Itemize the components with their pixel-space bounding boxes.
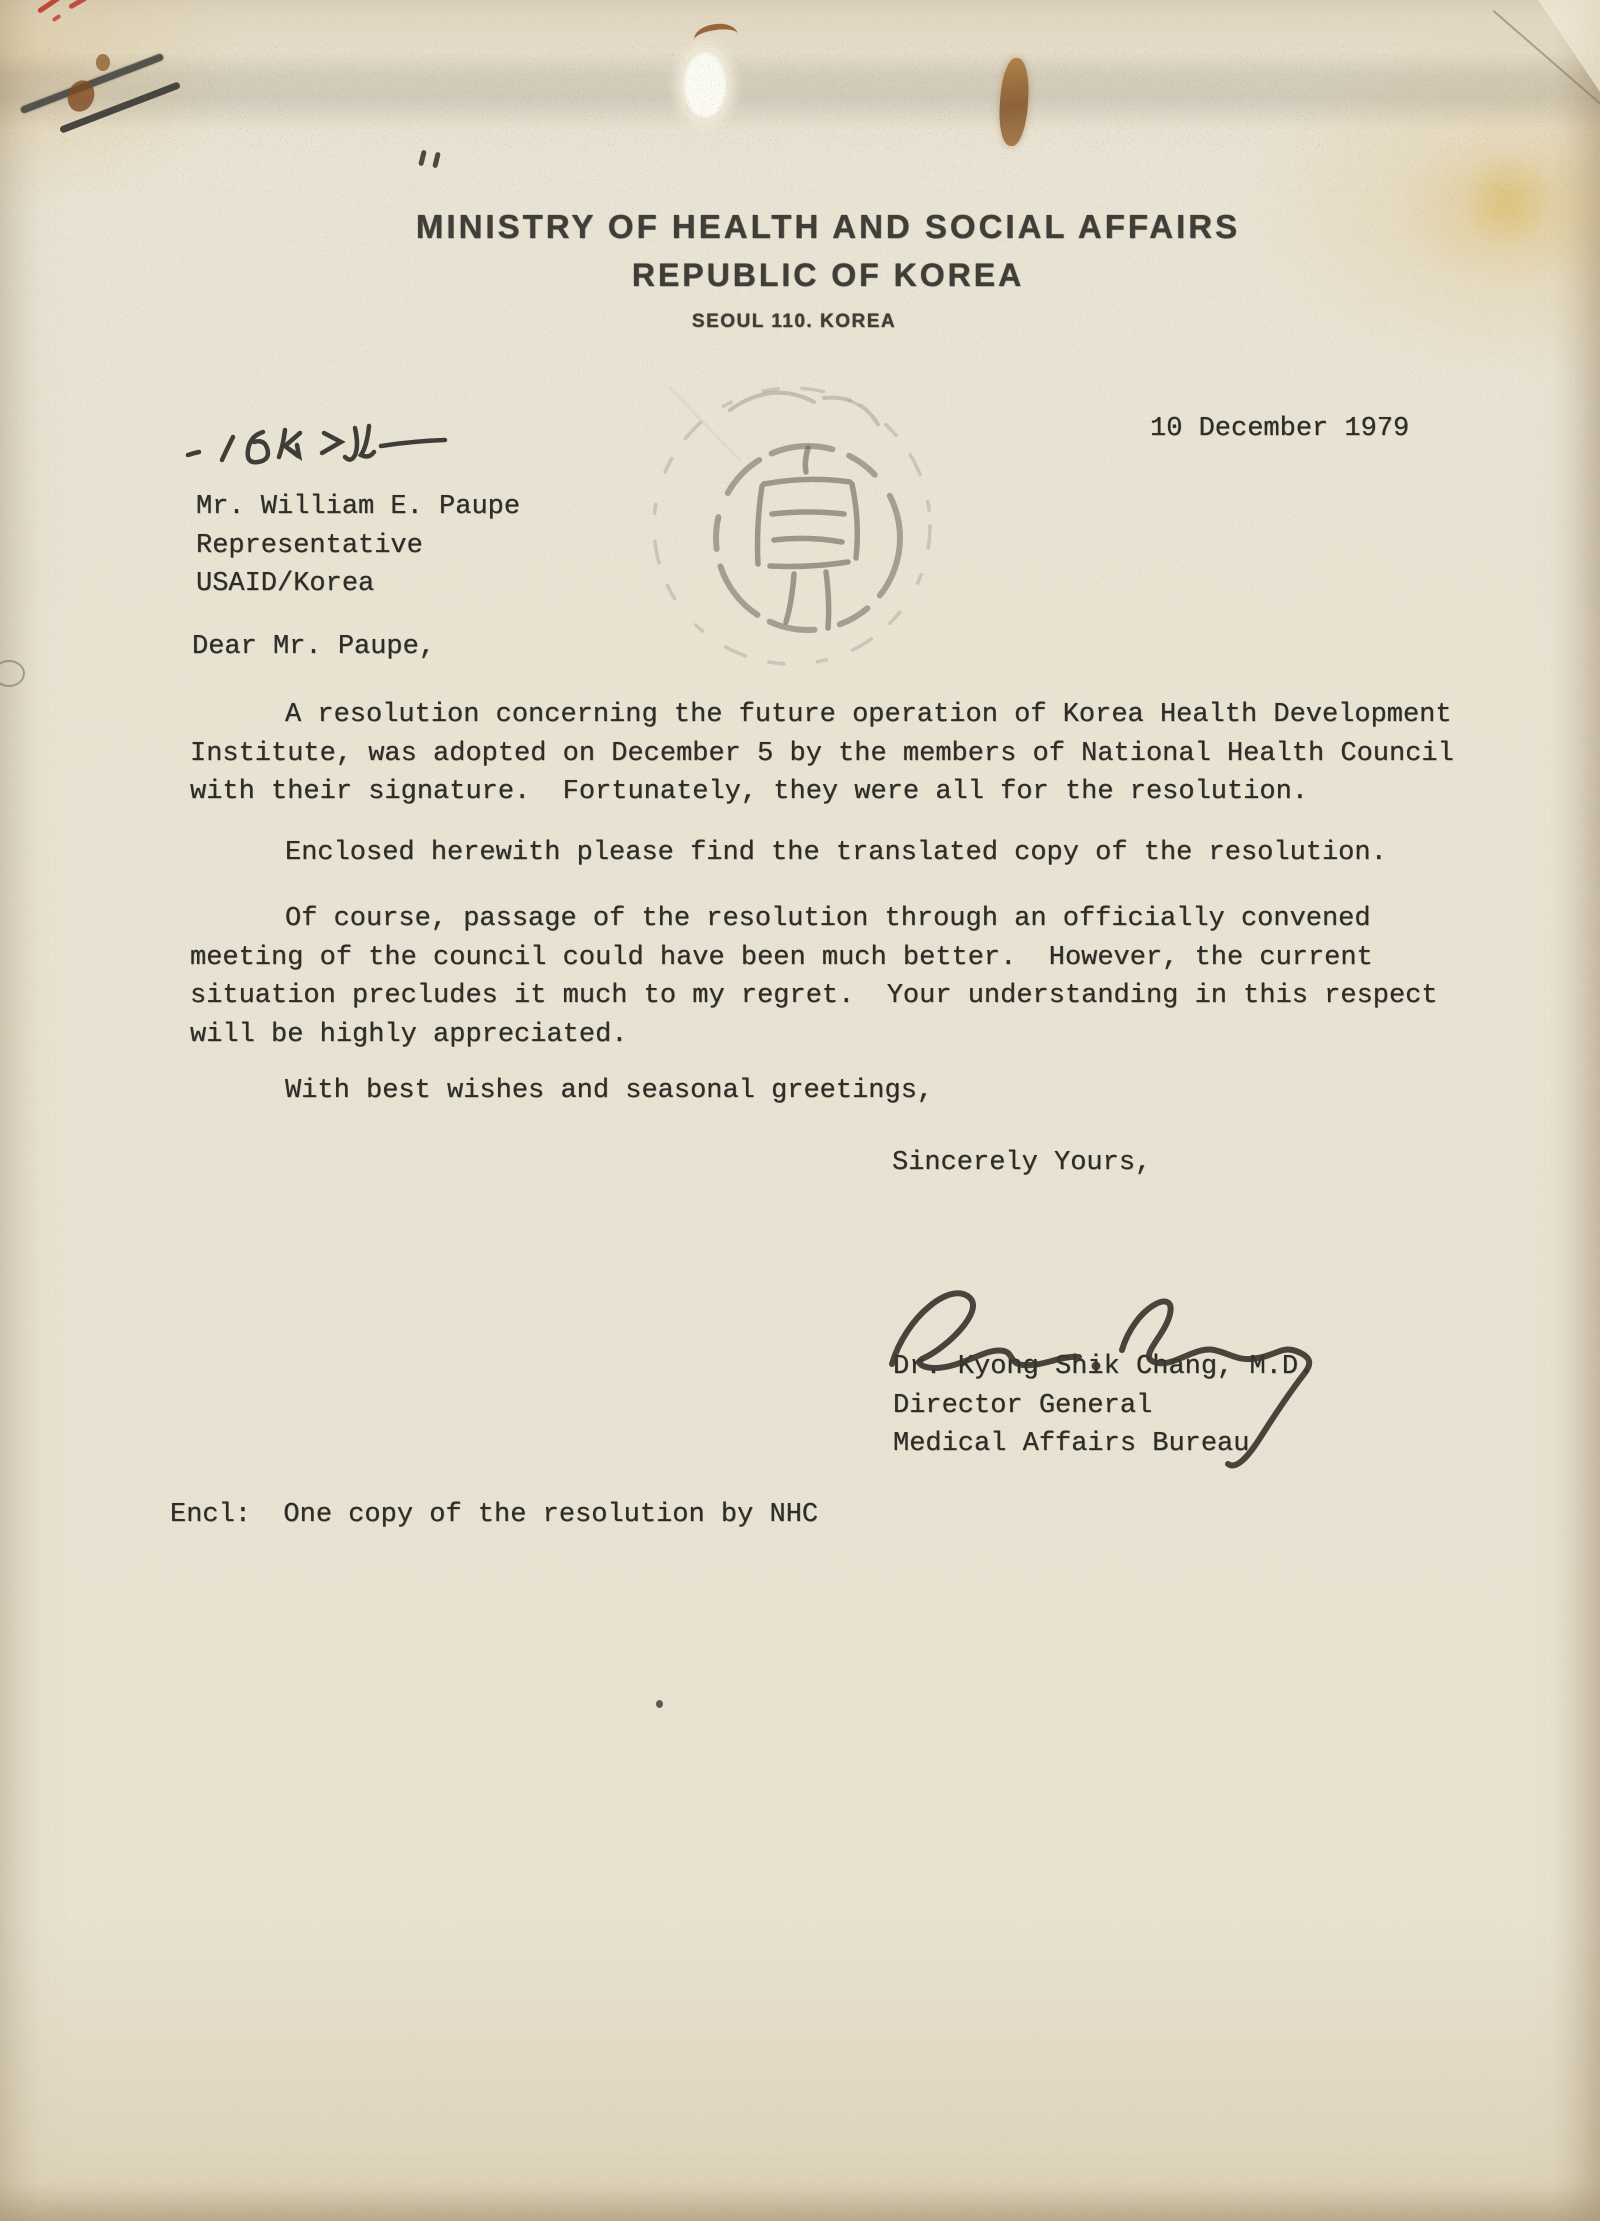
ink-speck — [656, 1700, 663, 1708]
letterhead-line3: SEOUL 110. KOREA — [0, 311, 1594, 333]
salutation: Dear Mr. Paupe, — [192, 628, 435, 667]
letter-line: meeting of the council could have been m… — [190, 939, 1438, 978]
recipient-title: Representative — [196, 527, 520, 566]
letterhead: MINISTRY OF HEALTH AND SOCIAL AFFAIRS RE… — [28, 208, 1600, 333]
letter-line: Enclosed herewith please find the transl… — [190, 834, 1387, 873]
recipient-block: Mr. William E. Paupe Representative USAI… — [196, 488, 520, 604]
letter-line: A resolution concerning the future opera… — [190, 696, 1454, 735]
paragraph-1: A resolution concerning the future opera… — [190, 696, 1454, 812]
letter-line: With best wishes and seasonal greetings, — [190, 1072, 933, 1111]
stray-tick-mark — [432, 152, 441, 169]
red-pen-mark — [37, 0, 61, 14]
recipient-org: USAID/Korea — [196, 565, 520, 604]
letter-line: situation precludes it much to my regret… — [190, 977, 1438, 1016]
handwritten-scribble-mark — [183, 418, 455, 474]
ministry-seal-stamp — [612, 368, 984, 670]
punch-hole — [682, 50, 728, 120]
signer-title: Director General — [893, 1387, 1314, 1426]
scanner-noise-band — [0, 52, 1600, 130]
letter-line: with their signature. Fortunately, they … — [190, 773, 1454, 812]
margin-pencil-circle — [0, 660, 25, 687]
rust-arc-stain — [692, 21, 739, 53]
letter-line: Institute, was adopted on December 5 by … — [190, 735, 1454, 774]
rust-blob — [96, 54, 110, 71]
recipient-name: Mr. William E. Paupe — [196, 488, 520, 527]
letter-line: will be highly appreciated. — [190, 1016, 1438, 1055]
scanned-letter-page: MINISTRY OF HEALTH AND SOCIAL AFFAIRS RE… — [0, 0, 1600, 2221]
closing-sincerely: Sincerely Yours, — [892, 1144, 1151, 1183]
signer-bureau: Medical Affairs Bureau — [893, 1425, 1314, 1464]
letterhead-line1: MINISTRY OF HEALTH AND SOCIAL AFFAIRS — [28, 208, 1600, 246]
paragraph-3: Of course, passage of the resolution thr… — [190, 900, 1438, 1054]
paragraph-2: Enclosed herewith please find the transl… — [190, 834, 1387, 873]
letter-line: Of course, passage of the resolution thr… — [190, 900, 1438, 939]
paragraph-4: With best wishes and seasonal greetings, — [190, 1072, 933, 1111]
bottom-edge-shade — [0, 2181, 1600, 2221]
enclosure-line: Encl: One copy of the resolution by NHC — [170, 1496, 818, 1535]
red-pen-mark — [52, 14, 62, 22]
signer-name: Dr. Kyong Shik Chang, M.D. — [893, 1348, 1314, 1387]
letterhead-line2: REPUBLIC OF KOREA — [28, 257, 1600, 294]
stray-tick-mark — [418, 150, 427, 167]
signature-block: Dr. Kyong Shik Chang, M.D. Director Gene… — [893, 1348, 1314, 1464]
red-pen-mark — [68, 0, 88, 10]
letter-date: 10 December 1979 — [1150, 410, 1409, 449]
